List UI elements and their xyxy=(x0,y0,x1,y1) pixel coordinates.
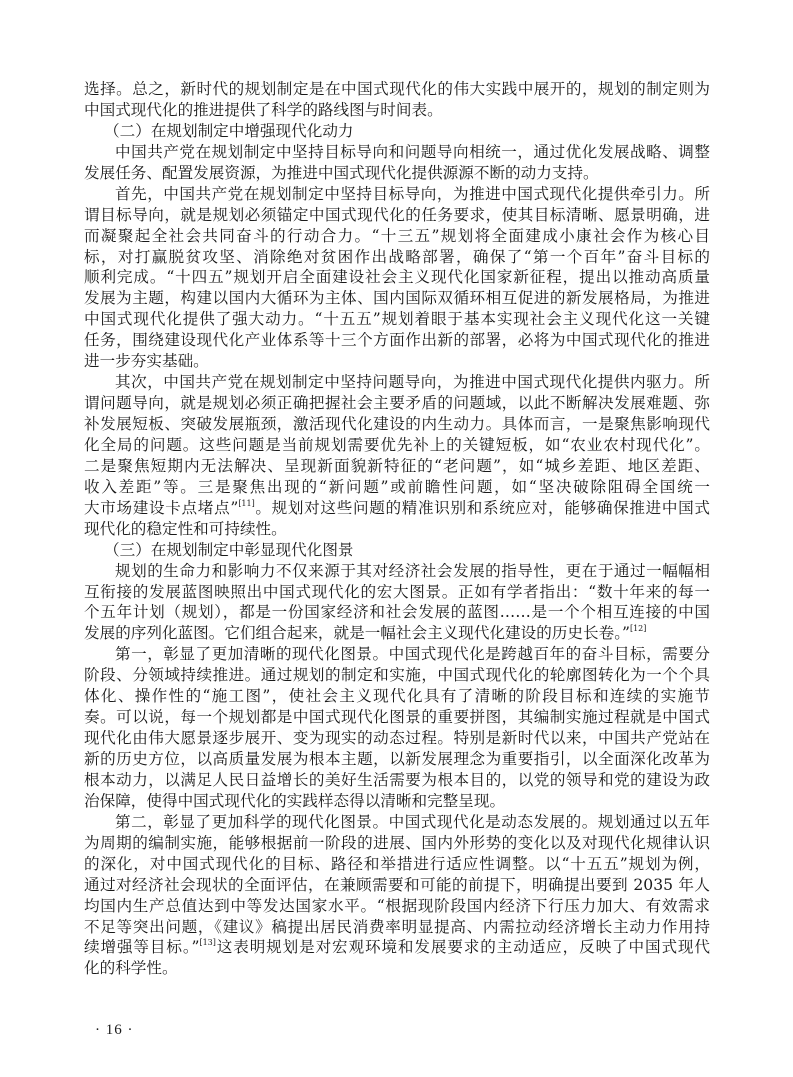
text-line: 阶段、分领域持续推进。通过规划的制定和实施，中国式现代化的轮廓图转化为一个个具 xyxy=(84,665,710,686)
text-line: 体化、操作性的“施工图”，使社会主义现代化具有了清晰的阶段目标和连续的实施节 xyxy=(84,686,710,707)
text-line: 谓目标导向，就是规划必须锚定中国式现代化的任务要求，使其目标清晰、愿景明确，进 xyxy=(84,205,710,226)
text-line: 现代化的稳定性和可持续性。 xyxy=(84,519,710,540)
text-line: 新的历史方位，以高质量发展为根本主题，以新发展理念为重要指引，以全面深化改革为 xyxy=(84,749,710,770)
text-line: 化全局的问题。这些问题是当前规划需要优先补上的关键短板，如“农业农村现代化”。 xyxy=(84,435,710,456)
citation-ref-13: [13] xyxy=(199,938,215,947)
page-number: · 16 · xyxy=(95,1022,134,1039)
section-heading: （二）在规划制定中增强现代化动力 xyxy=(84,121,710,142)
text-line: 任务，围绕建设现代化产业体系等十三个方面作出新的部署，必将为中国式现代化的推进 xyxy=(84,330,710,351)
text-line: 的深化，对中国式现代化的目标、路径和举措进行适应性调整。以“十五五”规划为例， xyxy=(84,854,710,875)
text-line: 第二，彰显了更加科学的现代化图景。中国式现代化是动态发展的。规划通过以五年 xyxy=(84,812,710,833)
text-line: 二是聚焦短期内无法解决、呈现新面貌新特征的“老问题”，如“城乡差距、地区差距、 xyxy=(84,456,710,477)
text-fragment: 大市场建设卡点堵点” xyxy=(84,499,238,517)
text-line: 其次，中国共产党在规划制定中坚持问题导向，为推进中国式现代化提供内驱力。所 xyxy=(84,372,710,393)
text-line: 中国式现代化提供了强大动力。“十五五”规划着眼于基本实现社会主义现代化这一关键 xyxy=(84,309,710,330)
text-line: 而凝聚起全社会共同奋斗的行动合力。“十三五”规划将全面建成小康社会作为核心目 xyxy=(84,226,710,247)
text-line: 发展任务、配置发展资源，为推进中国式现代化提供源源不断的动力支持。 xyxy=(84,163,710,184)
text-line: 选择。总之，新时代的规划制定是在中国式现代化的伟大实践中展开的，规划的制定则为 xyxy=(84,79,710,100)
text-line: 为周期的编制实施，能够根据前一阶段的进展、国内外形势的变化以及对现代化规律认识 xyxy=(84,833,710,854)
text-line: 奏。可以说，每一个规划都是中国式现代化图景的重要拼图，其编制实施过程就是中国式 xyxy=(84,707,710,728)
document-page: 选择。总之，新时代的规划制定是在中国式现代化的伟大实践中展开的，规划的制定则为 … xyxy=(84,79,710,979)
text-line: 首先，中国共产党在规划制定中坚持目标导向，为推进中国式现代化提供牵引力。所 xyxy=(84,184,710,205)
text-line: 标，对打赢脱贫攻坚、消除绝对贫困作出战略部署，确保了“第一个百年”奋斗目标的 xyxy=(84,247,710,268)
text-line: 互衔接的发展蓝图映照出中国式现代化的宏大图景。正如有学者指出：“数十年来的每一 xyxy=(84,582,710,603)
text-line: 均国内生产总值达到中等发达国家水平。“根据现阶段国内经济下行压力加大、有效需求 xyxy=(84,896,710,917)
text-line: 收入差距”等。三是聚焦出现的“新问题”或前瞻性问题，如“坚决破除阻碍全国统一 xyxy=(84,477,710,498)
text-fragment: 续增强等目标。” xyxy=(84,938,199,956)
text-line: 谓问题导向，就是规划必须正确把握社会主要矛盾的问题域，以此不断解决发展难题、弥 xyxy=(84,393,710,414)
text-line: 通过对经济社会现状的全面评估，在兼顾需要和可能的前提下，明确提出要到 2035 … xyxy=(84,875,710,896)
text-line: 规划的生命力和影响力不仅来源于其对经济社会发展的指导性，更在于通过一幅幅相 xyxy=(84,561,710,582)
text-line: 根本动力，以满足人民日益增长的美好生活需要为根本目的，以党的领导和党的建设为政 xyxy=(84,770,710,791)
citation-ref-11: [11] xyxy=(238,499,254,508)
text-line: 化的科学性。 xyxy=(84,958,710,979)
text-fragment: 这表明规划是对宏观环境和发展要求的主动适应，反映了中国式现代 xyxy=(216,938,710,956)
section-heading: （三）在规划制定中彰显现代化图景 xyxy=(84,540,710,561)
text-line: 中国式现代化的推进提供了科学的路线图与时间表。 xyxy=(84,100,710,121)
text-line: 发展为主题，构建以国内大循环为主体、国内国际双循环相互促进的新发展格局，为推进 xyxy=(84,288,710,309)
text-line: 顺利完成。“十四五”规划开启全面建设社会主义现代化国家新征程，提出以推动高质量 xyxy=(84,267,710,288)
text-line: 现代化由伟大愿景逐步展开、变为现实的动态过程。特别是新时代以来，中国共产党站在 xyxy=(84,728,710,749)
text-line-with-citation: 续增强等目标。”[13]这表明规划是对宏观环境和发展要求的主动适应，反映了中国式… xyxy=(84,937,710,958)
text-line: 不足等突出问题，《建议》稿提出居民消费率明显提高、内需拉动经济增长主动力作用持 xyxy=(84,917,710,938)
citation-ref-12: [12] xyxy=(630,624,646,633)
text-line: 第一，彰显了更加清晰的现代化图景。中国式现代化是跨越百年的奋斗目标，需要分 xyxy=(84,644,710,665)
text-line: 治保障，使得中国式现代化的实践样态得以清晰和完整呈现。 xyxy=(84,791,710,812)
text-line-with-citation: 大市场建设卡点堵点”[11]。规划对这些问题的精准识别和系统应对，能够确保推进中… xyxy=(84,498,710,519)
text-fragment: 。规划对这些问题的精准识别和系统应对，能够确保推进中国式 xyxy=(255,499,710,517)
text-fragment: 发展的序列化蓝图。它们组合起来，就是一幅社会主义现代化建设的历史长卷。” xyxy=(84,624,630,642)
text-line: 中国共产党在规划制定中坚持目标导向和问题导向相统一，通过优化发展战略、调整 xyxy=(84,142,710,163)
text-line: 进一步夯实基础。 xyxy=(84,351,710,372)
text-line: 个五年计划（规划），都是一份国家经济和社会发展的蓝图……是一个个相互连接的中国 xyxy=(84,602,710,623)
text-line-with-citation: 发展的序列化蓝图。它们组合起来，就是一幅社会主义现代化建设的历史长卷。”[12] xyxy=(84,623,710,644)
text-line: 补发展短板、突破发展瓶颈，激活现代化建设的内生动力。具体而言，一是聚焦影响现代 xyxy=(84,414,710,435)
